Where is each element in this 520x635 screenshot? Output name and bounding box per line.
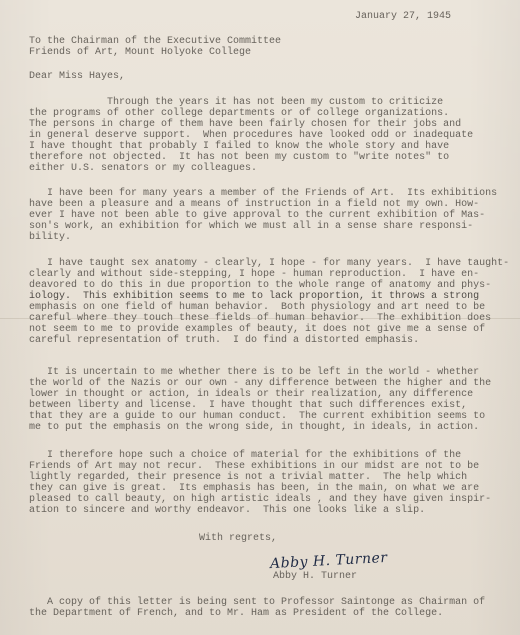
paragraph-line: pleased to call beauty, on high artistic… (29, 494, 491, 505)
paragraph-line: I have been for many years a member of t… (29, 188, 497, 199)
paragraph-line: ever I have not been able to give approv… (29, 210, 485, 221)
closing: With regrets, (199, 533, 277, 544)
typed-signature: Abby H. Turner (273, 571, 357, 582)
paragraph-line: I have taught sex anatomy - clearly, I h… (29, 258, 509, 269)
paragraph-line: bility. (29, 232, 71, 243)
paragraph-line: emphasis on one field of human behavior.… (29, 302, 485, 313)
paragraph-line: I have thought that probably I failed to… (29, 141, 449, 152)
paragraph-line: son's work, an exhibition for which we m… (29, 221, 473, 232)
paragraph-line: have been a pleasure and a means of inst… (29, 199, 479, 210)
paragraph-line: they can give is great. Its emphasis has… (29, 483, 479, 494)
paragraph-line: the world of the Nazis or our own - any … (29, 378, 491, 389)
paragraph-line: careful representation of truth. I do fi… (29, 335, 419, 346)
paragraph-line: between liberty and license. I have thou… (29, 400, 467, 411)
letter-date: January 27, 1945 (355, 11, 451, 22)
paragraph-line: therefore not objected. It has not been … (29, 152, 449, 163)
letter-paper: January 27, 1945 To the Chairman of the … (0, 0, 520, 635)
paragraph-line: ation to sincere and worthy endeavor. Th… (29, 505, 425, 516)
postscript-line-1: A copy of this letter is being sent to P… (29, 597, 485, 608)
address-line-2: Friends of Art, Mount Holyoke College (29, 47, 251, 58)
paragraph-line: lightly regarded, their presence is not … (29, 472, 467, 483)
paragraph-line: I therefore hope such a choice of materi… (29, 450, 461, 461)
address-line-1: To the Chairman of the Executive Committ… (29, 36, 281, 47)
paragraph-line: clearly and without side-stepping, I hop… (29, 269, 479, 280)
paragraph-line: that they are a guide to our human condu… (29, 411, 485, 422)
paragraph-line: the programs of other college department… (29, 108, 449, 119)
paragraph-line: either U.S. senators or my colleagues. (29, 163, 257, 174)
paragraph-line: careful where they touch these fields of… (29, 313, 491, 324)
postscript-line-2: the Department of French, and to Mr. Ham… (29, 608, 443, 619)
paragraph-line: not seem to me to provide examples of be… (29, 324, 485, 335)
paragraph-line: in general deserve support. When procedu… (29, 130, 473, 141)
paragraph-line: Friends of Art may not recur. These exhi… (29, 461, 479, 472)
salutation: Dear Miss Hayes, (29, 71, 125, 82)
paragraph-line: me to put the emphasis on the wrong side… (29, 422, 479, 433)
paragraph-line: It is uncertain to me whether there is t… (29, 367, 479, 378)
paragraph-line: Through the years it has not been my cus… (29, 97, 443, 108)
handwritten-signature: Abby H. Turner (270, 550, 388, 572)
paragraph-line: iology. This exhibition seems to me to l… (29, 291, 479, 302)
paragraph-line: deavored to do this in due proportion to… (29, 280, 491, 291)
paragraph-line: The persons in charge of them have been … (29, 119, 461, 130)
paragraph-line: lower in thought or action, in ideals or… (29, 389, 473, 400)
